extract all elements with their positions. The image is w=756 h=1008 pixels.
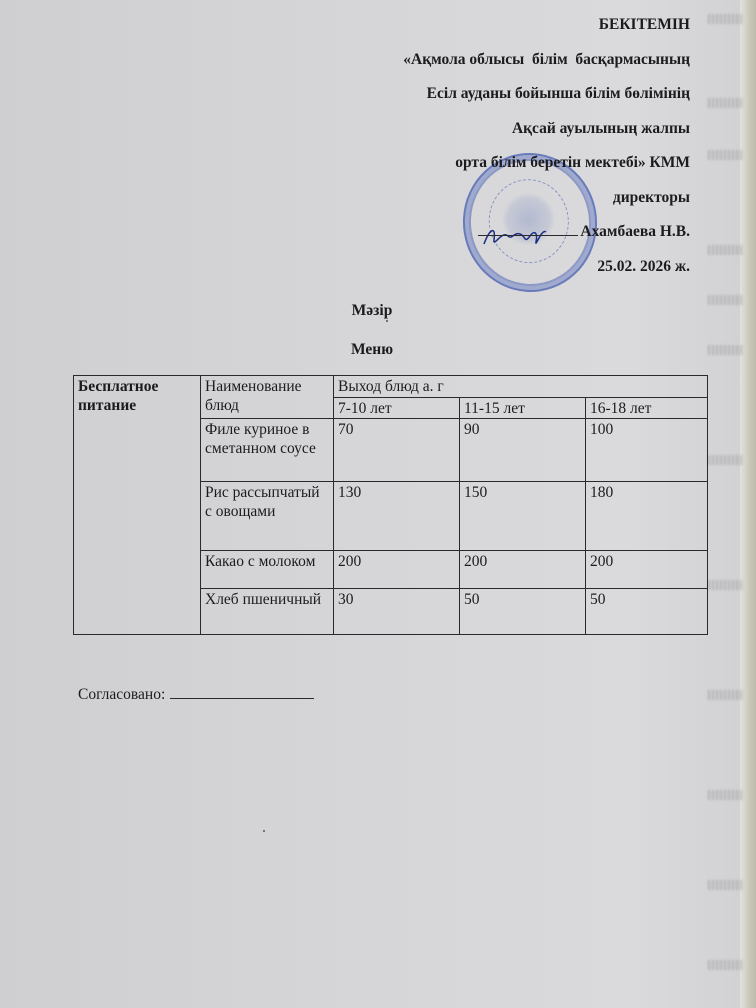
agreed-signature-line xyxy=(170,684,314,699)
approval-line-2: Есіл ауданы бойынша білім бөлімінің xyxy=(403,77,690,112)
dish-name: Филе куриное в сметанном соусе xyxy=(201,419,334,482)
print-bleed-mark xyxy=(708,455,742,465)
approval-line-5: директоры xyxy=(403,181,690,216)
approval-block: БЕКІТЕМІН «Ақмола облысы білім басқармас… xyxy=(403,8,690,284)
age-group-header: 7-10 лет xyxy=(334,398,460,419)
print-bleed-mark xyxy=(708,150,742,160)
yield-value: 130 xyxy=(334,482,460,551)
print-bleed-mark xyxy=(708,580,742,590)
yield-value: 200 xyxy=(586,551,708,589)
print-bleed-mark xyxy=(708,245,742,255)
yield-value: 200 xyxy=(334,551,460,589)
print-bleed-mark xyxy=(708,790,742,800)
print-bleed-mark xyxy=(708,960,742,970)
dish-name: Хлеб пшеничный xyxy=(201,589,334,635)
dish-name-header: Наименование блюд xyxy=(201,376,334,419)
yield-value: 30 xyxy=(334,589,460,635)
agreed-section: Согласовано: xyxy=(78,684,314,704)
print-bleed-mark xyxy=(708,14,742,24)
director-signature-row: Ахамбаева Н.В. xyxy=(403,215,690,250)
print-bleed-mark xyxy=(708,690,742,700)
yield-value: 200 xyxy=(460,551,586,589)
print-bleed-mark xyxy=(708,98,742,108)
dish-name: Рис рассыпчатый с овощами xyxy=(201,482,334,551)
approval-line-1: «Ақмола облысы білім басқармасының xyxy=(403,43,690,78)
category-cell: Бесплатное питание xyxy=(74,376,201,635)
signature-line xyxy=(478,219,578,236)
paper-speck xyxy=(263,830,265,832)
print-bleed-mark xyxy=(708,880,742,890)
yield-group-header: Выход блюд а. г xyxy=(334,376,708,398)
yield-value: 180 xyxy=(586,482,708,551)
approval-line-4: орта білім беретін мектебі» КММ xyxy=(403,146,690,181)
agreed-label: Согласовано: xyxy=(78,686,165,703)
yield-value: 150 xyxy=(460,482,586,551)
dish-name: Какао с молоком xyxy=(201,551,334,589)
menu-table: Бесплатное питание Наименование блюд Вых… xyxy=(73,375,708,635)
director-name: Ахамбаева Н.В. xyxy=(580,223,690,240)
approval-heading: БЕКІТЕМІН xyxy=(403,8,690,43)
title-russian: Меню xyxy=(0,341,750,359)
yield-value: 70 xyxy=(334,419,460,482)
yield-value: 100 xyxy=(586,419,708,482)
yield-value: 50 xyxy=(586,589,708,635)
paper-edge xyxy=(740,0,756,1008)
age-group-header: 11-15 лет xyxy=(460,398,586,419)
yield-value: 50 xyxy=(460,589,586,635)
approval-line-3: Ақсай ауылының жалпы xyxy=(403,112,690,147)
title-kazakh: Мәзір xyxy=(0,302,750,320)
yield-value: 90 xyxy=(460,419,586,482)
table-header-row: Бесплатное питание Наименование блюд Вых… xyxy=(74,376,708,398)
approval-date: 25.02. 2026 ж. xyxy=(403,250,690,285)
age-group-header: 16-18 лет xyxy=(586,398,708,419)
paper-speck xyxy=(386,320,388,322)
